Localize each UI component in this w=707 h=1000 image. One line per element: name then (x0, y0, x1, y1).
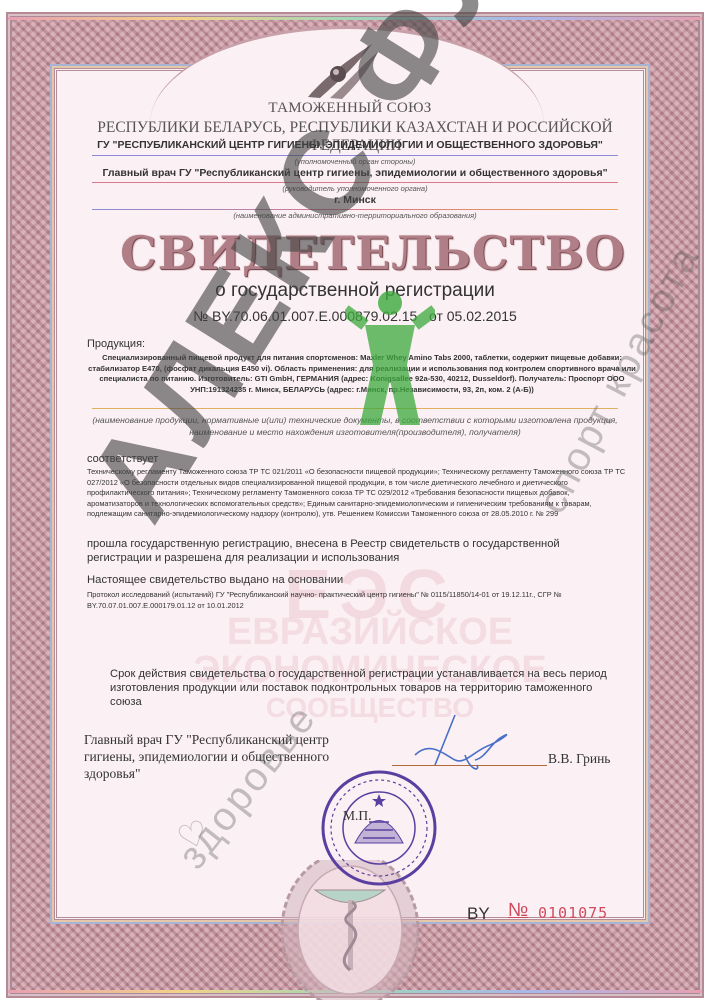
signatory-name: В.В. Гринь (548, 750, 610, 767)
form-country: BY (467, 904, 490, 924)
stamp-label: М.П. (343, 807, 372, 824)
certificate-content: ЕЭС ЕВРАЗИЙСКОЕ ЭКОНОМИЧЕСКОЕ СООБЩЕСТВО… (0, 0, 707, 1000)
form-number-sign: № (508, 900, 528, 922)
registration-text: прошла государственную регистрацию, внес… (87, 537, 627, 565)
form-number: 0101075 (538, 904, 608, 922)
official-seal-icon (315, 768, 443, 888)
basis-text: Протокол исследований (испытаний) ГУ "Ре… (87, 590, 627, 611)
athlete-figure-watermark-icon (345, 285, 435, 435)
validity-text: Срок действия свидетельства о государств… (110, 667, 610, 709)
basis-label: Настоящее свидетельство выдано на основа… (87, 574, 343, 586)
